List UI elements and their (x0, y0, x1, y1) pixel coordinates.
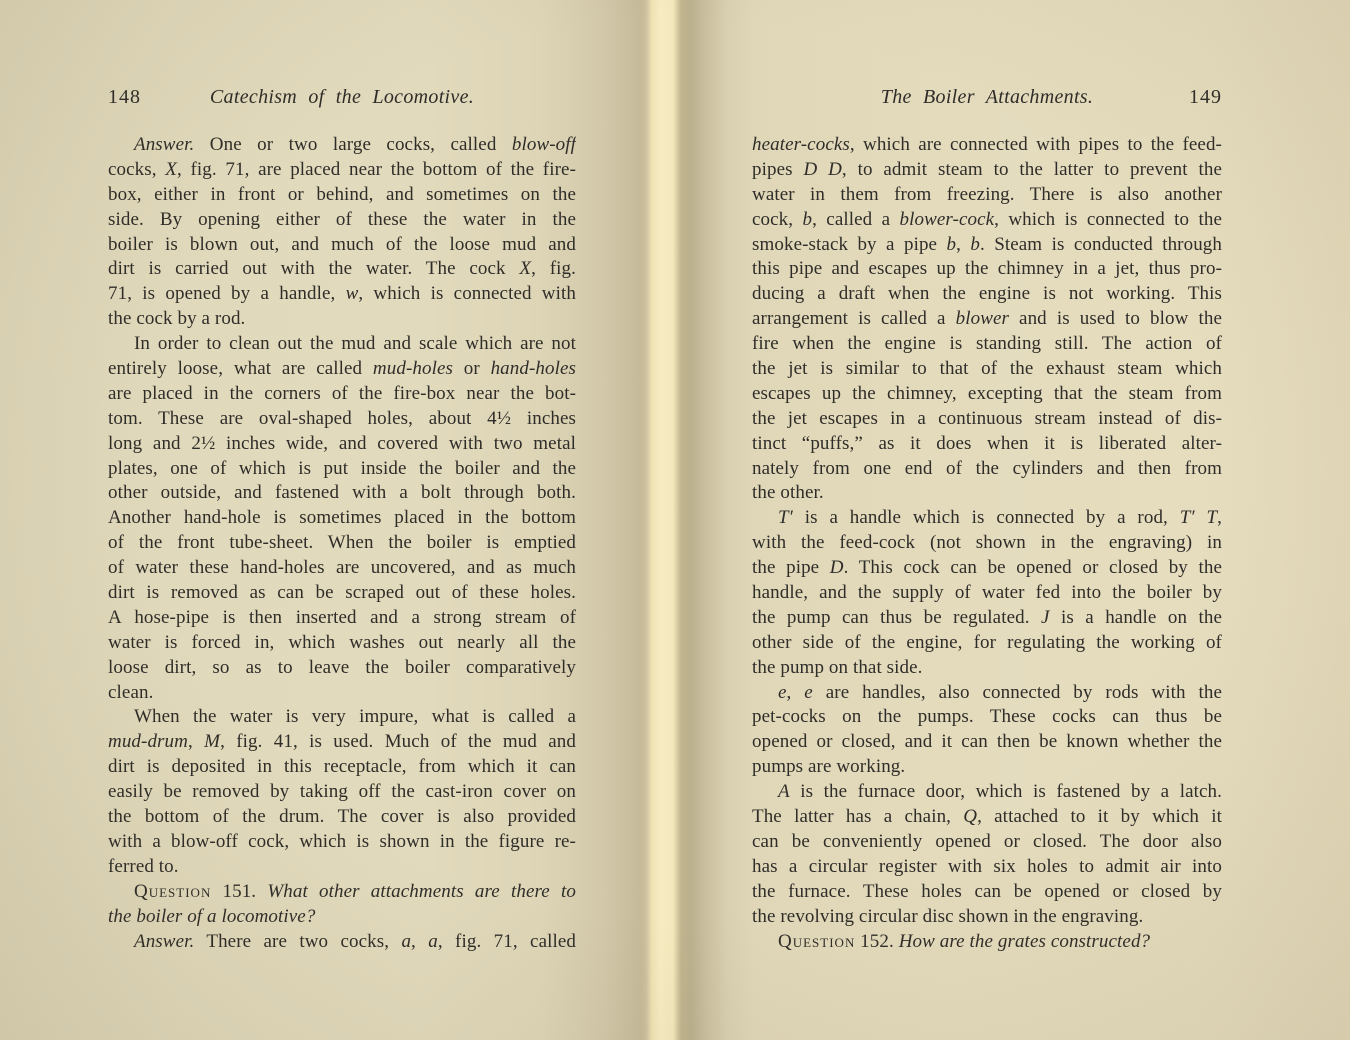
text-line: T′ is a handle which is connected by a r… (752, 506, 1222, 531)
text-line: pipes D D, to admit steam to the latter … (752, 158, 1222, 183)
text-line: has a circular register with six holes t… (752, 855, 1222, 880)
text-line: dirt is removed as can be scraped out of… (108, 581, 576, 606)
text-line: are placed in the corners of the fire-bo… (108, 382, 576, 407)
text-line: e, e are handles, also connected by rods… (752, 681, 1222, 706)
text-line: the bottom of the drum. The cover is als… (108, 805, 576, 830)
text-line: the boiler of a locomotive? (108, 905, 576, 930)
text-line: entirely loose, what are called mud-hole… (108, 357, 576, 382)
text-line: nately from one end of the cylinders and… (752, 457, 1222, 482)
text-line: easily be removed by taking off the cast… (108, 780, 576, 805)
text-line: the jet escapes in a continuous stream i… (752, 407, 1222, 432)
text-line: the pump can thus be regulated. J is a h… (752, 606, 1222, 631)
text-line: water is forced in, which washes out nea… (108, 631, 576, 656)
text-line: Answer. One or two large cocks, called b… (108, 133, 576, 158)
text-line: boiler is blown out, and much of the loo… (108, 233, 576, 258)
text-line: the other. (752, 481, 1222, 506)
text-line: tom. These are oval-shaped holes, about … (108, 407, 576, 432)
text-line: pumps are working. (752, 755, 1222, 780)
text-line: handle, and the supply of water fed into… (752, 581, 1222, 606)
text-line: other side of the engine, for regulating… (752, 631, 1222, 656)
text-line: the furnace. These holes can be opened o… (752, 880, 1222, 905)
text-line: plates, one of which is put inside the b… (108, 457, 576, 482)
text-line: loose dirt, so as to leave the boiler co… (108, 656, 576, 681)
text-line: this pipe and escapes up the chimney in … (752, 257, 1222, 282)
text-line: A is the furnace door, which is fastened… (752, 780, 1222, 805)
text-line: arrangement is called a blower and is us… (752, 307, 1222, 332)
text-line: The latter has a chain, Q, attached to i… (752, 805, 1222, 830)
text-line: the revolving circular disc shown in the… (752, 905, 1222, 930)
page-number-right: 149 (1189, 86, 1222, 109)
text-line: ducing a draft when the engine is not wo… (752, 282, 1222, 307)
text-line: ferred to. (108, 855, 576, 880)
text-line: Answer. There are two cocks, a, a, fig. … (108, 930, 576, 955)
text-line: with a blow-off cock, which is shown in … (108, 830, 576, 855)
page-right: The Boiler Attachments. 149 heater-cocks… (752, 0, 1222, 1040)
page-left-header: 148 Catechism of the Locomotive. (108, 86, 576, 114)
text-line: heater-cocks, which are connected with p… (752, 133, 1222, 158)
text-line: Question 151. What other attachments are… (108, 880, 576, 905)
page-left: 148 Catechism of the Locomotive. Answer.… (108, 0, 576, 1040)
text-line: Another hand-hole is sometimes placed in… (108, 506, 576, 531)
running-title-left: Catechism of the Locomotive. (108, 86, 576, 109)
text-line: dirt is deposited in this receptacle, fr… (108, 755, 576, 780)
text-line: the pipe D. This cock can be opened or c… (752, 556, 1222, 581)
text-line: long and 2½ inches wide, and covered wit… (108, 432, 576, 457)
text-line: cock, b, called a blower-cock, which is … (752, 208, 1222, 233)
text-line: pet-cocks on the pumps. These cocks can … (752, 705, 1222, 730)
text-line: In order to clean out the mud and scale … (108, 332, 576, 357)
text-line: Question 152. How are the grates constru… (752, 930, 1222, 955)
text-line: water in them from freezing. There is al… (752, 183, 1222, 208)
text-line: dirt is carried out with the water. The … (108, 257, 576, 282)
text-line: the jet is similar to that of the exhaus… (752, 357, 1222, 382)
text-line: mud-drum, M, fig. 41, is used. Much of t… (108, 730, 576, 755)
text-line: cocks, X, fig. 71, are placed near the b… (108, 158, 576, 183)
text-line: of the front tube-sheet. When the boiler… (108, 531, 576, 556)
text-line: side. By opening either of these the wat… (108, 208, 576, 233)
text-line: of water these hand-holes are uncovered,… (108, 556, 576, 581)
text-line: tinct “puffs,” as it does when it is lib… (752, 432, 1222, 457)
text-line: can be conveniently opened or closed. Th… (752, 830, 1222, 855)
book-spread: 148 Catechism of the Locomotive. Answer.… (0, 0, 1350, 1040)
page-right-header: The Boiler Attachments. 149 (752, 86, 1222, 114)
text-line: with the feed-cock (not shown in the eng… (752, 531, 1222, 556)
text-line: other outside, and fastened with a bolt … (108, 481, 576, 506)
text-line: opened or closed, and it can then be kno… (752, 730, 1222, 755)
book-spine (580, 0, 750, 1040)
text-line: the pump on that side. (752, 656, 1222, 681)
running-title-right: The Boiler Attachments. (752, 86, 1222, 109)
text-line: escapes up the chimney, excepting that t… (752, 382, 1222, 407)
text-line: 71, is opened by a handle, w, which is c… (108, 282, 576, 307)
page-left-text: Answer. One or two large cocks, called b… (108, 133, 576, 954)
text-line: box, either in front or behind, and some… (108, 183, 576, 208)
text-line: smoke-stack by a pipe b, b. Steam is con… (752, 233, 1222, 258)
text-line: fire when the engine is standing still. … (752, 332, 1222, 357)
text-line: the cock by a rod. (108, 307, 576, 332)
text-line: clean. (108, 681, 576, 706)
text-line: When the water is very impure, what is c… (108, 705, 576, 730)
page-right-text: heater-cocks, which are connected with p… (752, 133, 1222, 954)
text-line: A hose-pipe is then inserted and a stron… (108, 606, 576, 631)
